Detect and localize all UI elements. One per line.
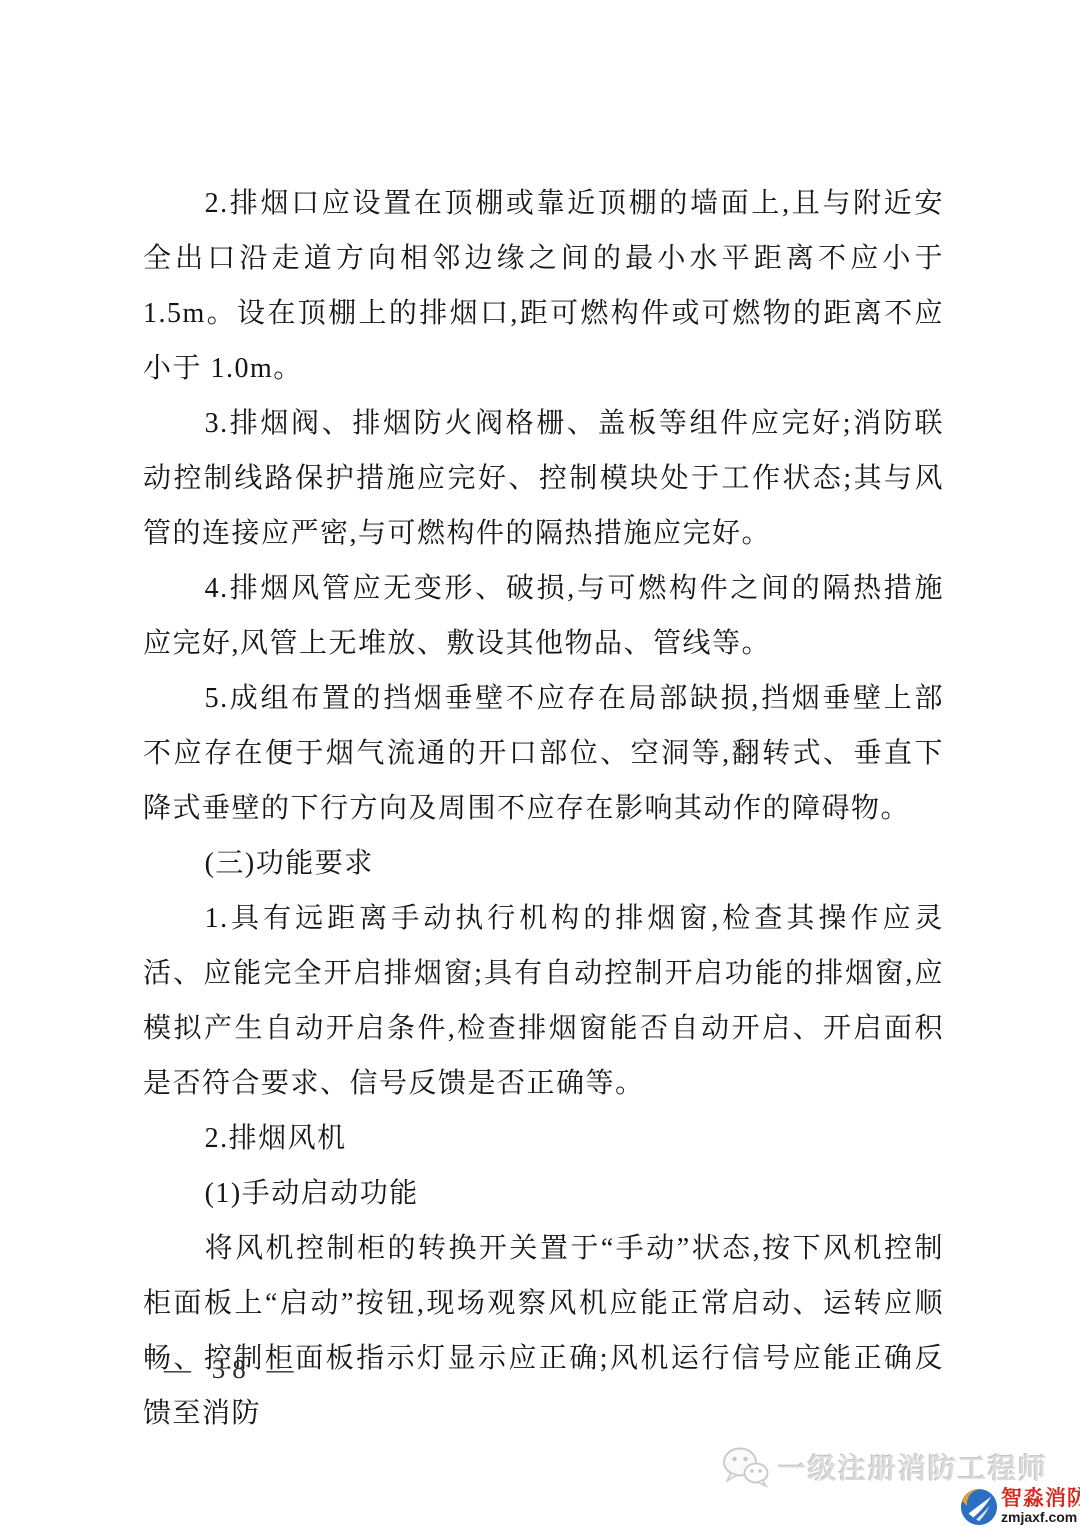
paragraph: 5.成组布置的挡烟垂壁不应存在局部缺损,挡烟垂壁上部不应存在便于烟气流通的开口部… [143,671,944,836]
sub-section-heading: (1)手动启动功能 [143,1166,944,1221]
banner-title: 一级注册消防工程师 [778,1447,1048,1487]
document-page: 2.排烟口应设置在顶棚或靠近顶棚的墙面上,且与附近安全出口沿走道方向相邻边缘之间… [0,0,1080,1527]
brand-mark: 智淼消防 zmjaxf.com [960,1488,1080,1526]
bottom-banner: 一级注册消防工程师 [722,1446,1048,1488]
paragraph: 将风机控制柜的转换开关置于“手动”状态,按下风机控制柜面板上“启动”按钮,现场观… [143,1221,944,1441]
document-body: 2.排烟口应设置在顶棚或靠近顶棚的墙面上,且与附近安全出口沿走道方向相邻边缘之间… [143,176,944,1441]
wechat-icon [722,1446,770,1488]
paragraph: 1.具有远距离手动执行机构的排烟窗,检查其操作应灵活、应能完全开启排烟窗;具有自… [143,891,944,1111]
brand-name: 智淼消防 [1001,1488,1080,1510]
page-footer: — 38 — [164,1354,301,1385]
paragraph: 4.排烟风管应无变形、破损,与可燃构件之间的隔热措施应完好,风管上无堆放、敷设其… [143,561,944,671]
zhimiao-fire-logo-icon [960,1488,998,1526]
paragraph: 2.排烟口应设置在顶棚或靠近顶棚的墙面上,且与附近安全出口沿走道方向相邻边缘之间… [143,176,944,396]
brand-url: zmjaxf.com [1001,1510,1080,1525]
paragraph: 2.排烟风机 [143,1111,944,1166]
section-heading: (三)功能要求 [143,836,944,891]
page-number: — 38 — [164,1354,301,1384]
paragraph: 3.排烟阀、排烟防火阀格栅、盖板等组件应完好;消防联动控制线路保护措施应完好、控… [143,396,944,561]
